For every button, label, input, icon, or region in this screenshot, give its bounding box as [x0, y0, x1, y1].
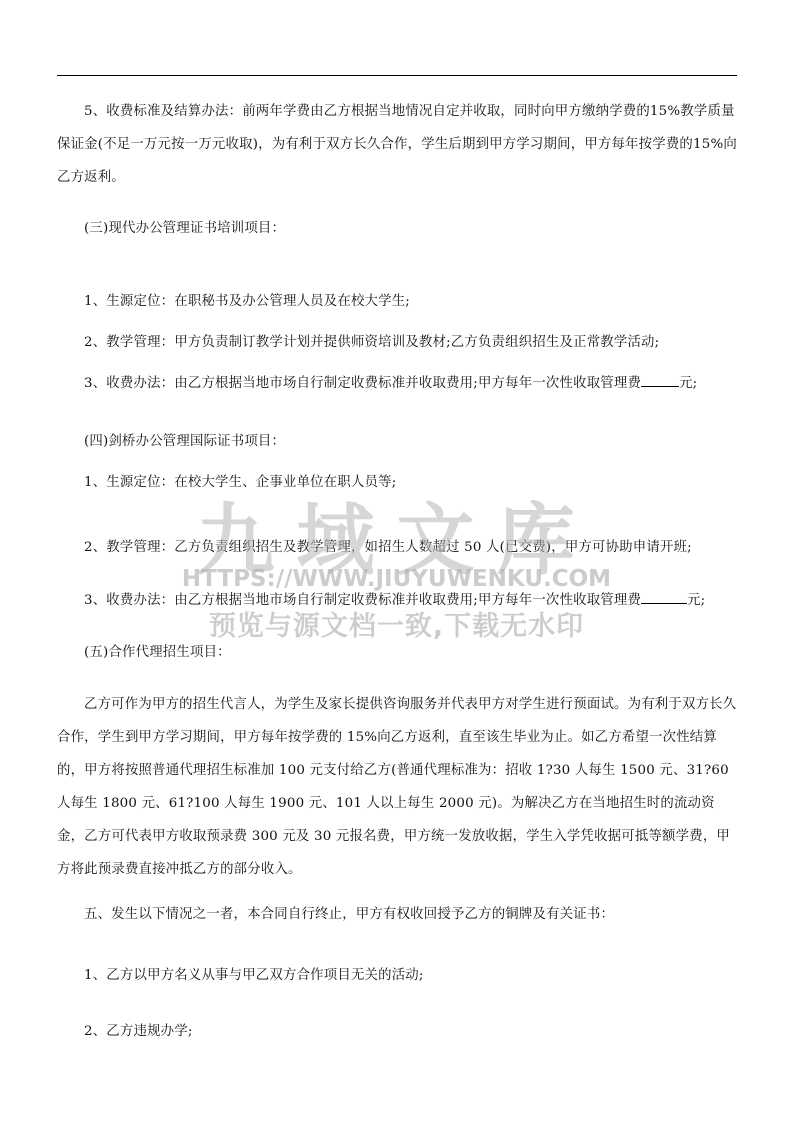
section-3-item-2: 2、教学管理：甲方负责制订教学计划并提供师资培训及教材;乙方负责组织招生及正常教…	[84, 326, 737, 359]
paragraph-fee-settlement: 5、收费标准及结算办法：前两年学费由乙方根据当地情况自定并收取，同时向甲方缴纳学…	[57, 95, 737, 194]
header-rule	[57, 75, 737, 76]
section-3-item-3-suffix: 元;	[679, 376, 697, 391]
section-4-item-3: 3、收费办法：由乙方根据当地市场自行制定收费标准并收取费用;甲方每年一次性收取管…	[84, 584, 737, 617]
section-3-item-3: 3、收费办法：由乙方根据当地市场自行制定收费标准并收取费用;甲方每年一次性收取管…	[84, 367, 737, 400]
section-4-item-1: 1、生源定位：在校大学生、企事业单位在职人员等;	[84, 466, 737, 499]
fee-blank	[641, 374, 679, 387]
section-4-item-3-text: 3、收费办法：由乙方根据当地市场自行制定收费标准并收取费用;甲方每年一次性收取管…	[84, 593, 641, 608]
section-5-title: (五)合作代理招生项目：	[84, 636, 737, 669]
section-4-title: (四)剑桥办公管理国际证书项目：	[84, 425, 737, 458]
section-4-item-3-suffix: 元;	[687, 593, 705, 608]
termination-item-1: 1、乙方以甲方名义从事与甲乙双方合作项目无关的活动;	[84, 959, 737, 992]
section-3-item-1: 1、生源定位：在职秘书及办公管理人员及在校大学生;	[84, 285, 737, 318]
section-3-item-3-text: 3、收费办法：由乙方根据当地市场自行制定收费标准并收取费用;甲方每年一次性收取管…	[84, 376, 641, 391]
section-termination-title: 五、发生以下情况之一者，本合同自行终止，甲方有权收回授予乙方的铜牌及有关证书：	[84, 898, 737, 931]
section-3-title: (三)现代办公管理证书培训项目：	[84, 212, 737, 245]
termination-item-2: 2、乙方违规办学;	[84, 1015, 737, 1048]
section-5-body: 乙方可作为甲方的招生代言人，为学生及家长提供咨询服务并代表甲方对学生进行预面试。…	[57, 688, 737, 886]
fee-blank	[641, 591, 687, 604]
section-4-item-2: 2、教学管理：乙方负责组织招生及教学管理，如招生人数超过 50 人(已交费)，甲…	[84, 531, 737, 564]
